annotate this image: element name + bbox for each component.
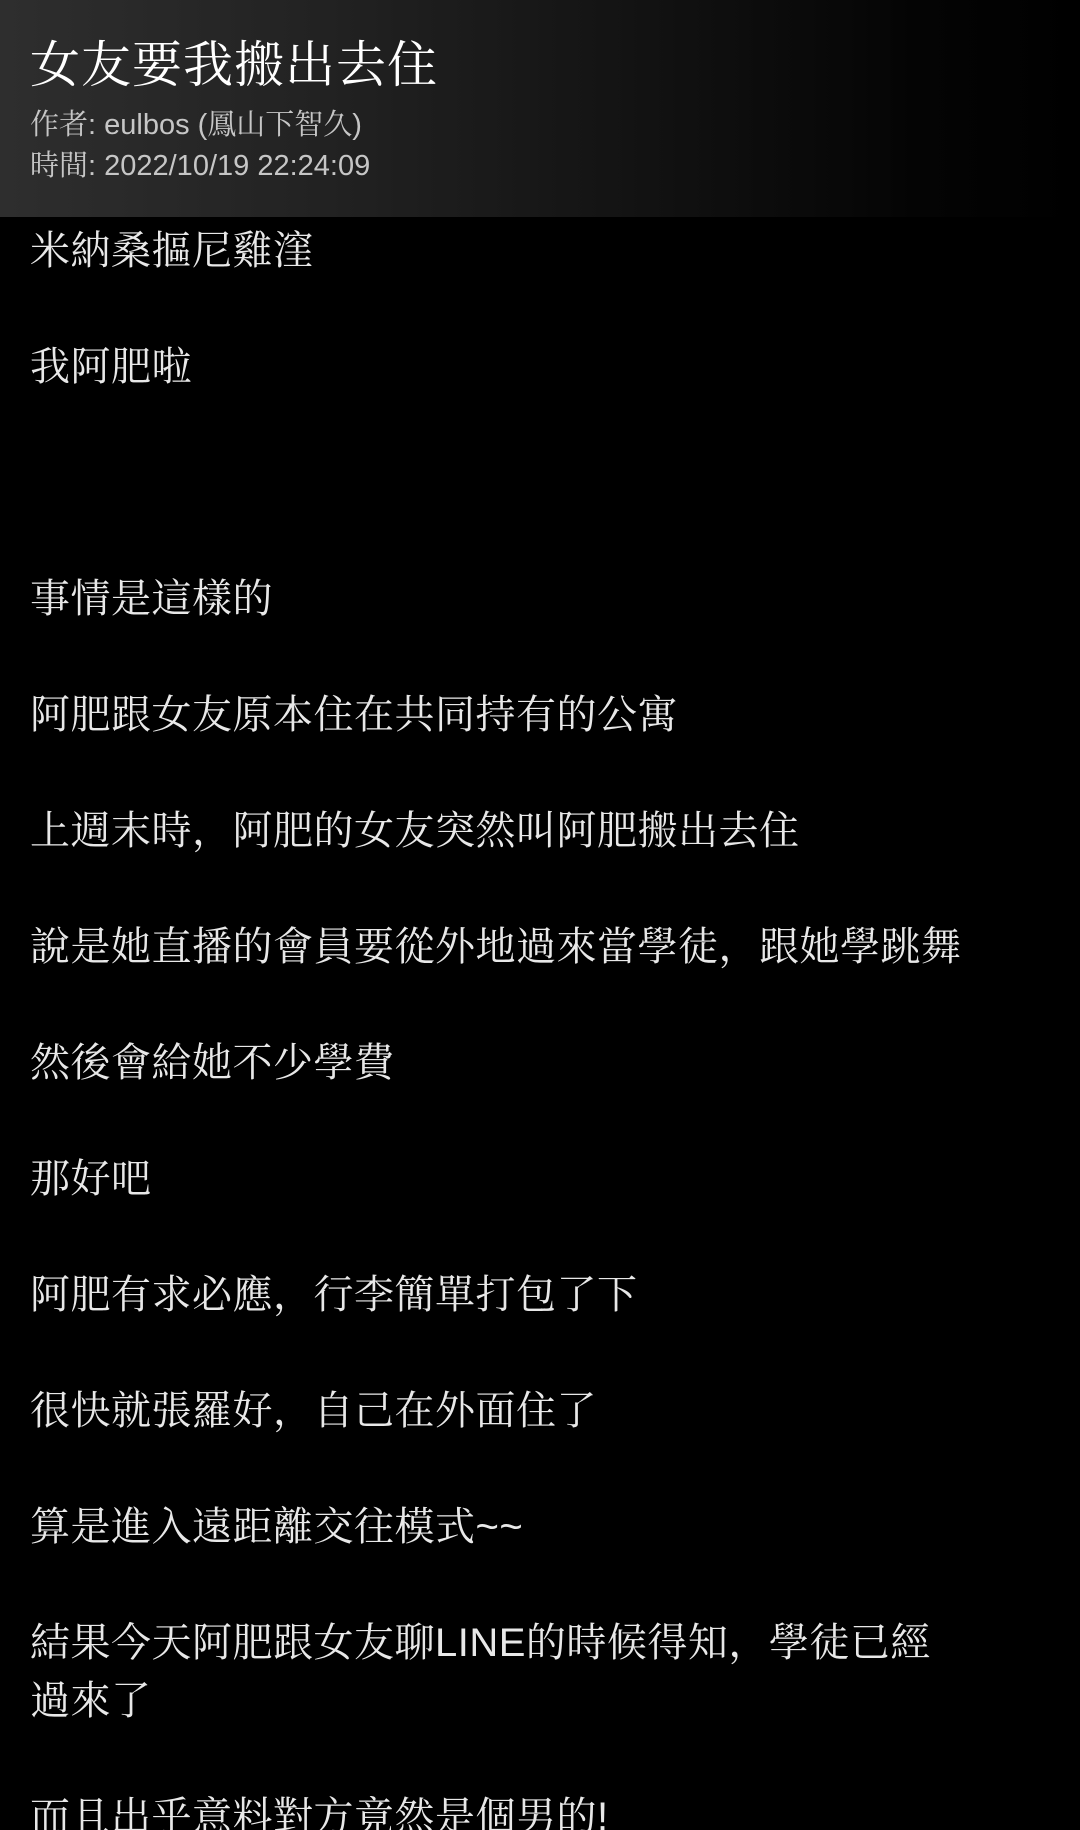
post-title: 女友要我搬出去住	[30, 34, 1050, 96]
post-time-line: 時間: 2022/10/19 22:24:09	[30, 146, 1050, 187]
post-meta: 作者: eulbos (鳳山下智久) 時間: 2022/10/19 22:24:…	[30, 105, 1050, 187]
post-header: 女友要我搬出去住 作者: eulbos (鳳山下智久) 時間: 2022/10/…	[0, 0, 1080, 217]
post-author-line: 作者: eulbos (鳳山下智久)	[30, 105, 1050, 146]
post-body-scroll-area[interactable]: 米納桑摳尼雞漥 我阿肥啦 事情是這樣的 阿肥跟女友原本住在共同持有的公寓 上週末…	[0, 217, 1080, 1830]
post-reader-page: 女友要我搬出去住 作者: eulbos (鳳山下智久) 時間: 2022/10/…	[0, 0, 1080, 1830]
